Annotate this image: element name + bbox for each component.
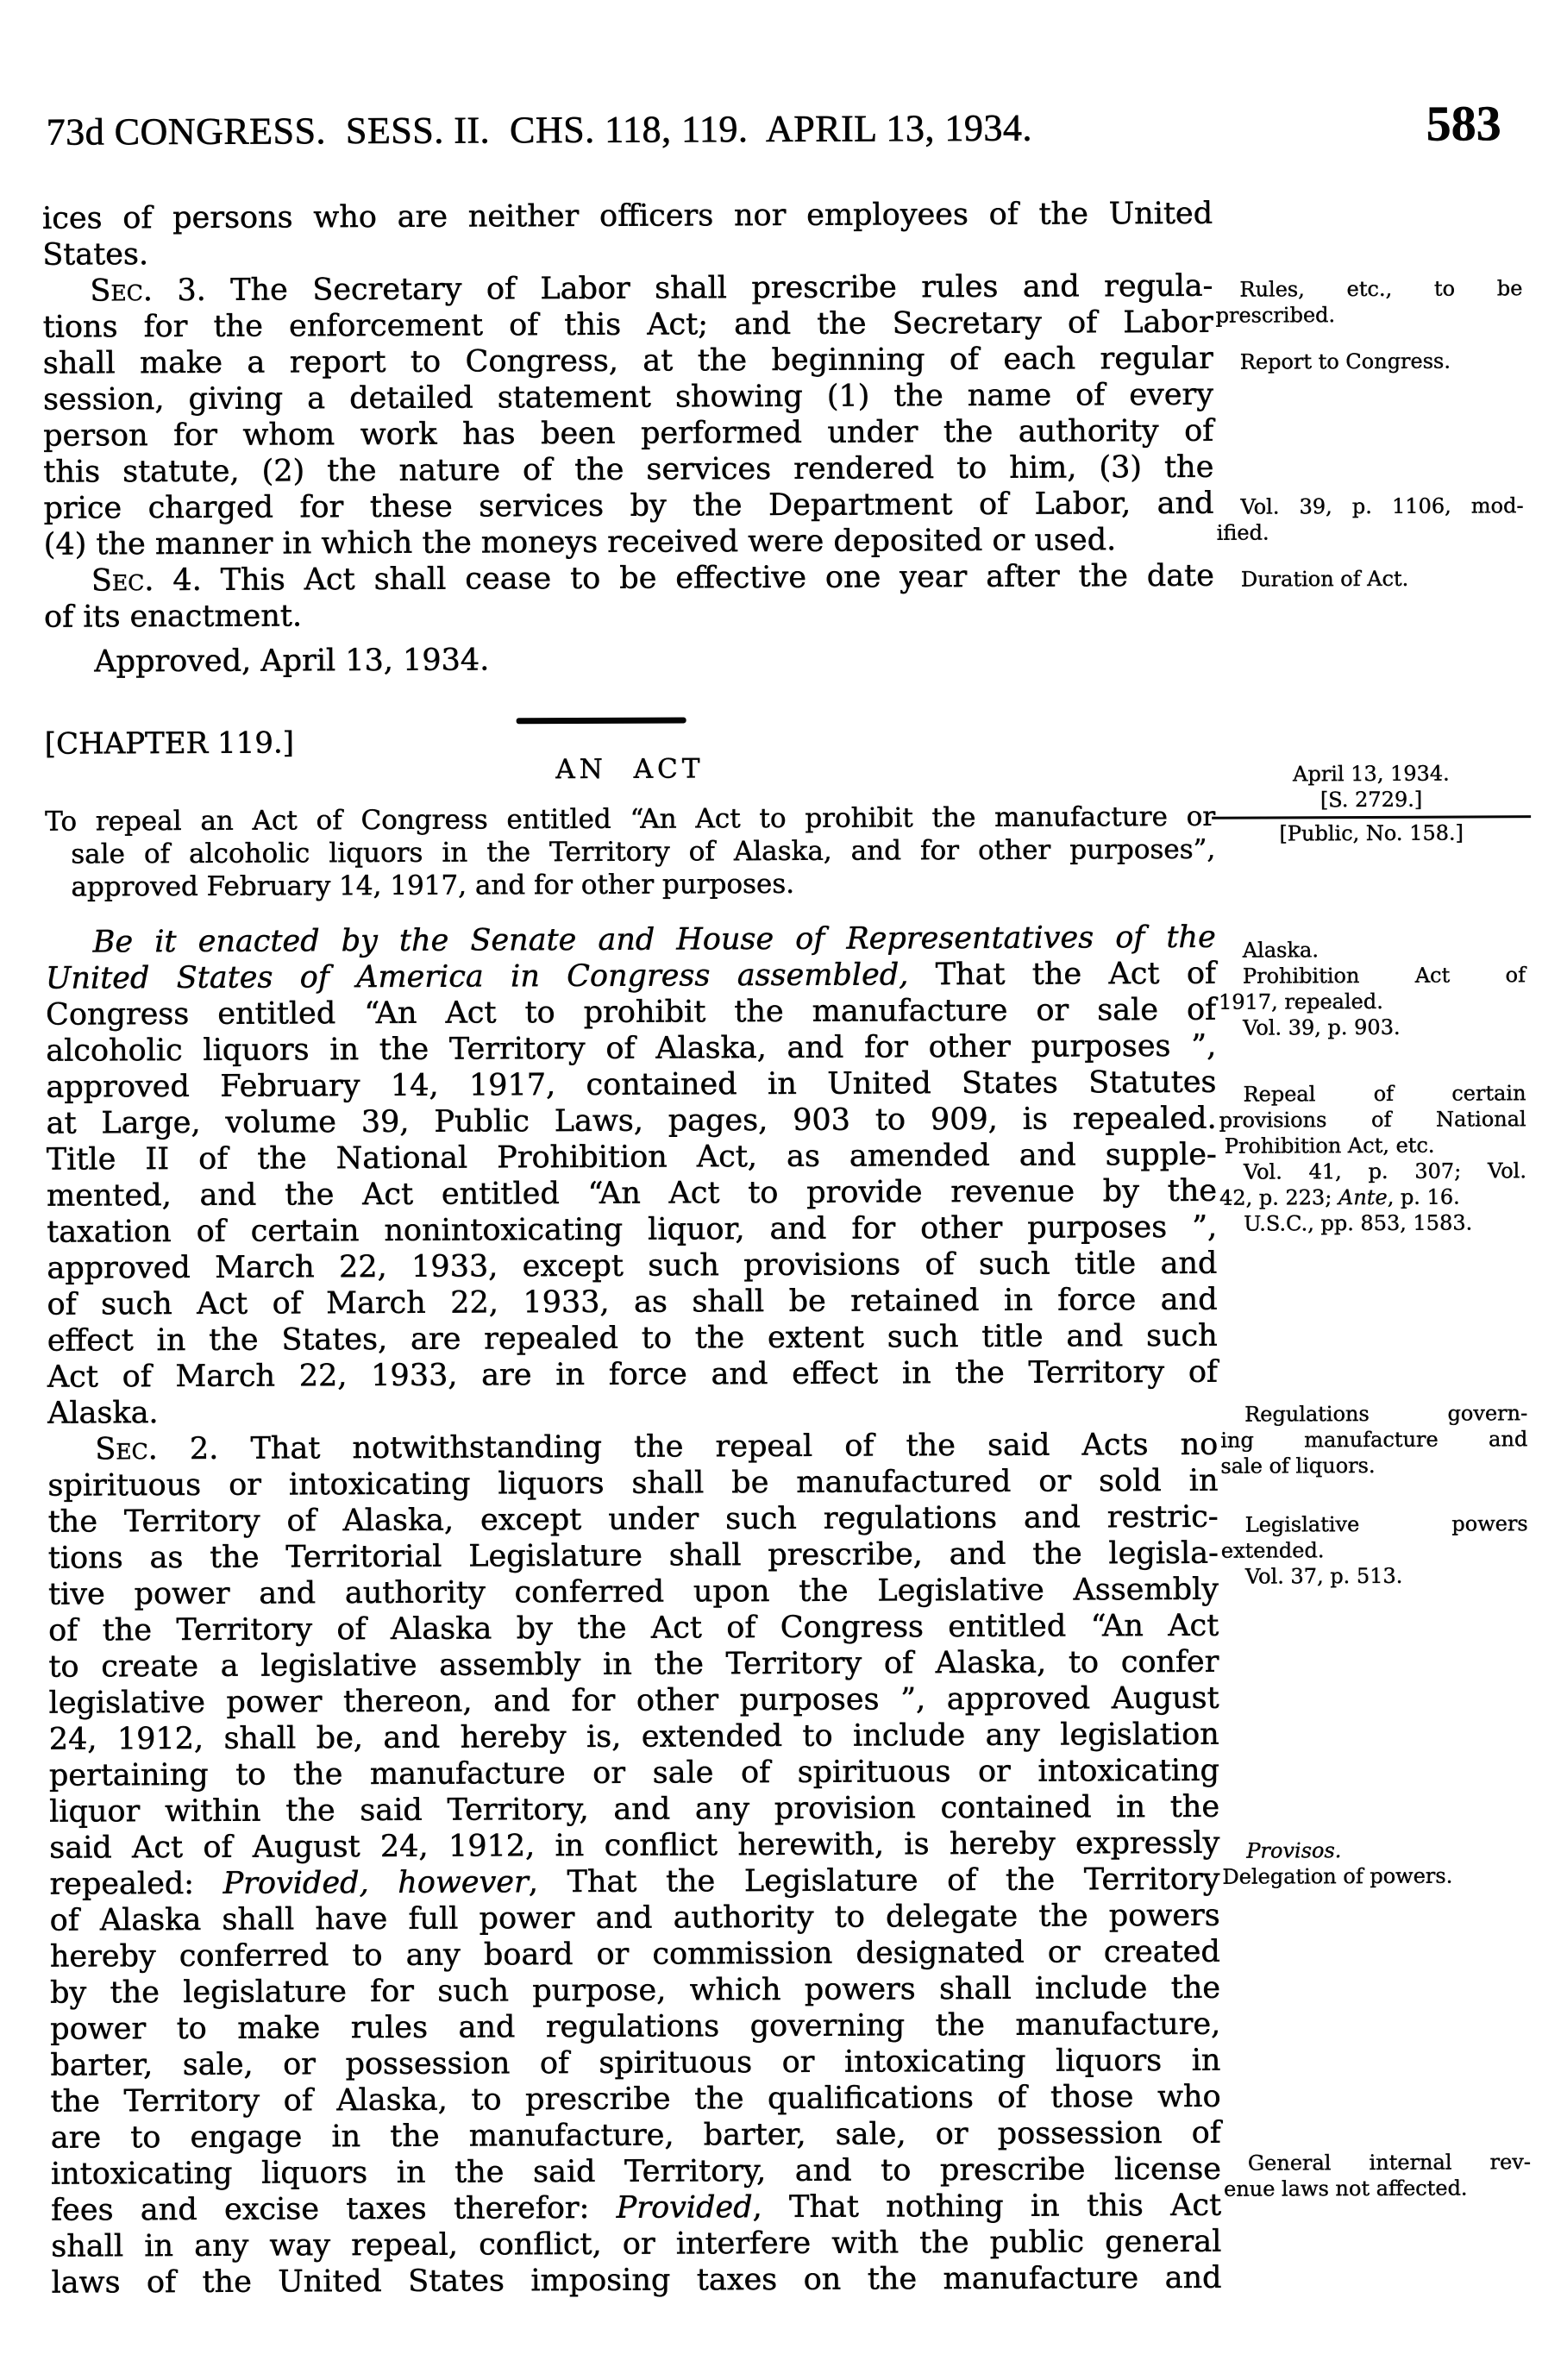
body-line: United States of America in Congress ass… xyxy=(46,956,1216,997)
text-run: enue laws not affected. xyxy=(1224,2176,1468,2201)
text-run: Delegation of powers. xyxy=(1222,1864,1452,1889)
body-line: ices of persons who are neither officers… xyxy=(42,196,1213,237)
margin-note: General internal rev-enue laws not affec… xyxy=(1224,2149,1531,2202)
body-line: liquor within the said Territory, and an… xyxy=(49,1789,1219,1831)
body-line: Alaska. xyxy=(47,1391,1218,1432)
text-run: Vol. 39, p. 903. xyxy=(1243,1015,1400,1040)
body-line: price charged for these services by the … xyxy=(43,486,1213,527)
text-run: hereby conferred to any board or commiss… xyxy=(50,1935,1220,1975)
body-line: spirituous or intoxicating liquors shall… xyxy=(47,1463,1218,1504)
text-run: this statute, (2) the nature of the serv… xyxy=(43,450,1213,490)
text-run: extended. xyxy=(1221,1538,1325,1563)
text-run: Approved, April 13, 1934. xyxy=(94,643,489,679)
margin-note: Repeal of certainprovisions of NationalP… xyxy=(1219,1080,1526,1237)
body-line: legislative power thereon, and for other… xyxy=(49,1680,1219,1722)
text-run: Alaska. xyxy=(47,1396,159,1431)
text-run: Alaska. xyxy=(1243,938,1319,962)
body-line: pertaining to the manufacture or sale of… xyxy=(49,1753,1219,1794)
text-run: United States of America in Congress ass… xyxy=(46,958,909,995)
text-run: Sec. xyxy=(90,273,153,308)
text-run: to create a legislative assembly in the … xyxy=(48,1645,1219,1685)
margin-note: Vol. 39, p. 1106, mod-ified. xyxy=(1217,493,1524,546)
text-run: Title II of the National Prohibition Act… xyxy=(47,1138,1217,1177)
text-run: prescribed. xyxy=(1216,303,1336,328)
body-line: the Territory of Alaska, to prescribe th… xyxy=(51,2079,1221,2120)
body-line: this statute, (2) the nature of the serv… xyxy=(43,449,1213,491)
margin-note-line: extended. xyxy=(1221,1536,1528,1564)
text-run: of Alaska shall have full power and auth… xyxy=(50,1899,1220,1938)
body-line: Sec. 4. This Act shall cease to be effec… xyxy=(91,558,1214,600)
text-run: effect in the States, are repealed to th… xyxy=(47,1319,1218,1359)
text-run: States. xyxy=(42,237,148,273)
text-run: taxation of certain nonintoxicating liqu… xyxy=(47,1210,1217,1250)
text-run: General internal rev- xyxy=(1248,2150,1531,2175)
text-run: Vol. 37, p. 513. xyxy=(1245,1564,1402,1589)
body-line: fees and excise taxes therefor: Provided… xyxy=(51,2188,1221,2229)
text-run: are to engage in the manufacture, barter… xyxy=(51,2116,1221,2156)
margin-note-line: 42, p. 223; Ante, p. 16. xyxy=(1219,1184,1526,1211)
text-run: Provided xyxy=(617,2190,753,2226)
text-run: 42, p. 223; xyxy=(1219,1185,1338,1210)
text-run: tive power and authority conferred upon … xyxy=(48,1573,1219,1612)
body-column: ices of persons who are neither officers… xyxy=(42,196,1222,2302)
body-line: mented, and the Act entitled “An Act to … xyxy=(47,1173,1217,1215)
text-run: ified. xyxy=(1217,520,1269,544)
text-run: April 13, 1934. xyxy=(1293,762,1450,787)
text-run: by the legislature for such purpose, whi… xyxy=(50,1971,1220,2011)
text-run: 24, 1912, shall be, and hereby is, exten… xyxy=(49,1717,1219,1757)
text-run: repealed: xyxy=(49,1867,223,1902)
text-run: fees and excise taxes therefor: xyxy=(51,2191,617,2228)
body-line: Sec. 2. That notwithstanding the repeal … xyxy=(95,1427,1218,1468)
body-line: power to make rules and regulations gove… xyxy=(50,2006,1220,2048)
text-run: Prohibition Act, etc. xyxy=(1225,1133,1435,1159)
text-run: Legislative powers xyxy=(1245,1511,1528,1536)
body-line: repealed: Provided, however, That the Le… xyxy=(49,1862,1219,1903)
text-run: 4. This Act shall cease to be effective … xyxy=(154,559,1214,598)
text-run: ices of persons who are neither officers… xyxy=(42,197,1213,236)
margin-note-line: sale of liquors. xyxy=(1220,1452,1527,1479)
text-run: tions for the enforcement of this Act; a… xyxy=(43,305,1213,345)
margin-note-line: U.S.C., pp. 853, 1583. xyxy=(1244,1209,1526,1236)
text-run: pertaining to the manufacture or sale of… xyxy=(49,1754,1219,1793)
body-line: at Large, volume 39, Public Laws, pages,… xyxy=(47,1101,1217,1142)
text-run: approved March 22, 1933, except such pro… xyxy=(47,1247,1217,1286)
margin-note-line: Vol. 41, p. 307; Vol. xyxy=(1244,1158,1526,1184)
text-run: tions as the Territorial Legislature sha… xyxy=(48,1536,1219,1576)
text-run: intoxicating liquors in the said Territo… xyxy=(51,2152,1221,2192)
text-run: power to make rules and regulations gove… xyxy=(50,2007,1220,2047)
body-line: approved February 14, 1917, and for othe… xyxy=(71,866,1215,904)
text-run: shall make a report to Congress, at the … xyxy=(43,342,1213,381)
margin-note-line: Vol. 37, p. 513. xyxy=(1245,1562,1528,1589)
margin-note: Rules, etc., to beprescribed. xyxy=(1215,275,1522,329)
text-run: approved February 14, 1917, and for othe… xyxy=(71,869,794,903)
margin-note-line: Provisos. xyxy=(1246,1837,1529,1863)
margin-note-line: Delegation of powers. xyxy=(1222,1862,1529,1890)
body-line: tions as the Territorial Legislature sha… xyxy=(48,1535,1219,1577)
margin-note-line: Vol. 39, p. 903. xyxy=(1243,1014,1526,1040)
margin-note-line: Vol. 39, p. 1106, mod- xyxy=(1241,493,1524,519)
text-run: Vol. 39, p. 1106, mod- xyxy=(1241,493,1524,518)
text-run: laws of the United States imposing taxes… xyxy=(51,2261,1221,2301)
text-run: Sec. xyxy=(95,1432,158,1466)
body-line: Title II of the National Prohibition Act… xyxy=(47,1137,1217,1178)
body-line: Congress entitled “An Act to prohibit th… xyxy=(46,992,1216,1033)
body-line: hereby conferred to any board or commiss… xyxy=(50,1934,1220,1975)
text-run: barter, sale, or possession of spirituou… xyxy=(50,2044,1220,2083)
margin-note-line: enue laws not affected. xyxy=(1224,2175,1531,2202)
scanned-sheet: 73d CONGRESS. SESS. II. CHS. 118, 119. A… xyxy=(0,0,1542,2380)
body-line: tive power and authority conferred upon … xyxy=(48,1572,1219,1613)
text-run: 1917, repealed. xyxy=(1219,989,1383,1014)
text-run: Prohibition Act of xyxy=(1243,963,1526,988)
body-line: of Alaska shall have full power and auth… xyxy=(50,1898,1220,1939)
body-line: the Territory of Alaska, except under su… xyxy=(48,1499,1219,1541)
body-line: 24, 1912, shall be, and hereby is, exten… xyxy=(49,1717,1219,1758)
text-run: provisions of National xyxy=(1219,1107,1526,1133)
body-line: to create a legislative assembly in the … xyxy=(48,1644,1219,1686)
text-run: liquor within the said Territory, and an… xyxy=(49,1790,1219,1830)
text-run: alcoholic liquors in the Territory of Al… xyxy=(46,1029,1216,1069)
margin-note-line: Report to Congress. xyxy=(1240,348,1523,374)
text-run: Repeal of certain xyxy=(1243,1081,1526,1106)
text-run: session, giving a detailed statement sho… xyxy=(43,378,1213,418)
body-line: by the legislature for such purpose, whi… xyxy=(50,1970,1220,2012)
margin-note-line: Rules, etc., to be xyxy=(1239,275,1522,302)
text-run: Congress entitled “An Act to prohibit th… xyxy=(46,993,1216,1033)
margin-note-line: April 13, 1934. xyxy=(1218,760,1525,788)
body-line: shall in any way repeal, conflict, or in… xyxy=(51,2224,1221,2265)
margin-note-line: ing manufacture and xyxy=(1220,1426,1527,1454)
margin-note: Report to Congress. xyxy=(1216,348,1523,375)
body-line: intoxicating liquors in the said Territo… xyxy=(51,2151,1221,2193)
margin-note-line: ified. xyxy=(1217,518,1524,546)
text-run: [S. 2729.] xyxy=(1320,788,1422,813)
text-run: Rules, etc., to be xyxy=(1239,276,1522,301)
text-run: Sec. xyxy=(91,563,154,598)
margin-note-line: General internal rev- xyxy=(1248,2149,1531,2176)
body-line: approved February 14, 1917, contained in… xyxy=(46,1064,1216,1106)
body-line: are to engage in the manufacture, barter… xyxy=(51,2115,1221,2157)
text-run: 2. That notwithstanding the repeal of th… xyxy=(158,1428,1219,1466)
text-run: of such Act of March 22, 1933, as shall … xyxy=(47,1283,1218,1322)
text-run: said Act of August 24, 1912, in conflict… xyxy=(49,1826,1219,1866)
body-line: taxation of certain nonintoxicating liqu… xyxy=(47,1209,1217,1251)
text-run: Regulations govern- xyxy=(1244,1401,1527,1426)
text-run: U.S.C., pp. 853, 1583. xyxy=(1244,1210,1472,1235)
statute-page: 73d CONGRESS. SESS. II. CHS. 118, 119. A… xyxy=(0,0,1542,2380)
body-line: Be it enacted by the Senate and House of… xyxy=(93,920,1216,961)
text-run: shall in any way repeal, conflict, or in… xyxy=(51,2225,1221,2264)
body-line: of the Territory of Alaska by the Act of… xyxy=(48,1608,1219,1649)
body-line: Act of March 22, 1933, are in force and … xyxy=(47,1354,1218,1396)
margin-note-line: prescribed. xyxy=(1216,301,1523,329)
body-line: laws of the United States imposing taxes… xyxy=(51,2260,1221,2302)
text-run: AN ACT xyxy=(555,753,704,785)
text-run: sale of liquors. xyxy=(1220,1454,1375,1479)
text-run: [Public, No. 158.] xyxy=(1279,821,1464,846)
margin-note-line: 1917, repealed. xyxy=(1219,988,1526,1015)
text-run: Act of March 22, 1933, are in force and … xyxy=(47,1355,1218,1395)
body-line: sale of alcoholic liquors in the Territo… xyxy=(71,833,1215,871)
body-line: shall make a report to Congress, at the … xyxy=(43,341,1213,382)
text-run: legislative power thereon, and for other… xyxy=(49,1681,1219,1721)
text-run: mented, and the Act entitled “An Act to … xyxy=(47,1174,1217,1214)
body-line: of such Act of March 22, 1933, as shall … xyxy=(47,1282,1218,1323)
margin-note-line: Regulations govern- xyxy=(1244,1400,1527,1427)
margin-note-line: [S. 2729.] xyxy=(1218,786,1525,813)
margin-note: Provisos.Delegation of powers. xyxy=(1222,1837,1529,1890)
body-line: effect in the States, are repealed to th… xyxy=(47,1318,1218,1360)
body-line: To repeal an Act of Congress entitled “A… xyxy=(45,801,1215,838)
text-run: , That the Legislature of the Territory xyxy=(529,1862,1220,1900)
text-run: price charged for these services by the … xyxy=(43,487,1213,526)
body-line: Approved, April 13, 1934. xyxy=(94,639,1214,681)
text-run: That the Act of xyxy=(908,957,1216,993)
text-run: Vol. 41, p. 307; Vol. xyxy=(1244,1159,1526,1184)
body-line: tions for the enforcement of this Act; a… xyxy=(43,305,1213,346)
body-line: of its enactment. xyxy=(44,594,1214,636)
text-run: Ante xyxy=(1338,1185,1388,1209)
text-run: 3. The Secretary of Labor shall prescrib… xyxy=(153,269,1213,308)
text-run: the Territory of Alaska, except under su… xyxy=(48,1500,1219,1540)
body-line: barter, sale, or possession of spirituou… xyxy=(50,2043,1220,2084)
text-run: Provisos. xyxy=(1246,1838,1341,1862)
margin-note-line: Duration of Act. xyxy=(1241,565,1524,592)
text-run: Provided, however xyxy=(223,1865,529,1901)
margin-note-line: [Public, No. 158.] xyxy=(1218,819,1525,847)
margin-note-line: Prohibition Act of xyxy=(1243,962,1526,989)
margin-note-line: Prohibition Act, etc. xyxy=(1225,1132,1526,1159)
text-run: ing manufacture and xyxy=(1220,1427,1527,1453)
text-run: of its enactment. xyxy=(44,599,302,634)
body-line: (4) the manner in which the moneys recei… xyxy=(44,522,1214,563)
text-run: , That nothing in this Act xyxy=(753,2188,1222,2225)
margin-note: Alaska.Prohibition Act of1917, repealed.… xyxy=(1219,936,1526,1041)
margin-note-line: Repeal of certain xyxy=(1243,1080,1526,1107)
text-run: spirituous or intoxicating liquors shall… xyxy=(47,1464,1218,1504)
text-run: , p. 16. xyxy=(1388,1185,1460,1209)
body-line: session, giving a detailed statement sho… xyxy=(43,377,1213,418)
text-run: sale of alcoholic liquors in the Territo… xyxy=(71,834,1215,870)
text-run: approved February 14, 1917, contained in… xyxy=(46,1065,1216,1105)
margin-note: Regulations govern-ing manufacture andsa… xyxy=(1220,1400,1527,1479)
body-line: person for whom work has been performed … xyxy=(43,413,1213,455)
text-run: of the Territory of Alaska by the Act of… xyxy=(48,1609,1219,1648)
running-header: 73d CONGRESS. SESS. II. CHS. 118, 119. A… xyxy=(47,110,1033,152)
body-line: Sec. 3. The Secretary of Labor shall pre… xyxy=(90,268,1213,310)
text-run: Be it enacted by the Senate and House of… xyxy=(93,920,1216,960)
body-line: said Act of August 24, 1912, in conflict… xyxy=(49,1825,1219,1867)
margin-note: Duration of Act. xyxy=(1217,565,1524,593)
text-run: [CHAPTER 119.] xyxy=(45,725,294,761)
margin-note-line: Legislative powers xyxy=(1245,1510,1528,1537)
text-run: the Territory of Alaska, to prescribe th… xyxy=(51,2080,1221,2119)
body-line: alcoholic liquors in the Territory of Al… xyxy=(46,1028,1216,1070)
margin-note: April 13, 1934.[S. 2729.][Public, No. 15… xyxy=(1218,760,1525,847)
margin-note: Legislative powersextended.Vol. 37, p. 5… xyxy=(1221,1510,1528,1590)
margin-note-line: provisions of National xyxy=(1219,1106,1526,1133)
margin-note-line: Alaska. xyxy=(1243,936,1526,963)
text-run: at Large, volume 39, Public Laws, pages,… xyxy=(47,1102,1217,1141)
body-line: States. xyxy=(42,232,1213,273)
body-line: approved March 22, 1933, except such pro… xyxy=(47,1246,1217,1287)
text-run: person for whom work has been performed … xyxy=(43,414,1213,454)
text-run: (4) the manner in which the moneys recei… xyxy=(44,523,1117,562)
text-run: Duration of Act. xyxy=(1241,567,1408,592)
margin-note-rule xyxy=(1212,815,1531,819)
text-run: Report to Congress. xyxy=(1240,349,1451,374)
text-run: To repeal an Act of Congress entitled “A… xyxy=(45,801,1215,838)
page-number: 583 xyxy=(1398,98,1501,149)
